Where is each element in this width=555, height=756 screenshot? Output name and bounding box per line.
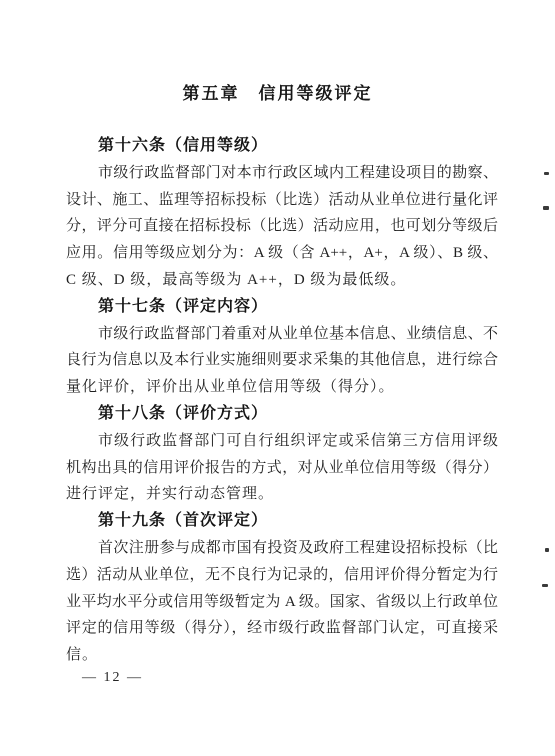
text-line: 机构出具的信用评价报告的方式，对从业单位信用等级（得分） <box>66 455 498 482</box>
text-line: 选）活动从业单位，无不良行为记录的，信用评价得分暂定为行 <box>66 562 498 589</box>
text-line: 首次注册参与成都市国有投资及政府工程建设招标投标（比 <box>66 535 498 562</box>
document-body: 第十六条（信用等级） 市级行政监督部门对本市行政区域内工程建设项目的勘察、 设计… <box>66 133 498 669</box>
scan-speck <box>545 548 549 552</box>
scan-speck <box>543 206 549 210</box>
text-line: 业平均水平分或信用等级暂定为 A 级。国家、省级以上行政单位 <box>66 589 498 616</box>
page: 第五章 信用等级评定 第十六条（信用等级） 市级行政监督部门对本市行政区域内工程… <box>0 0 555 756</box>
text-line: 市级行政监督部门可自行组织评定或采信第三方信用评级 <box>66 428 498 455</box>
scan-speck <box>542 584 548 587</box>
text-line: C 级、D 级，最高等级为 A++，D 级为最低级。 <box>66 267 498 294</box>
text-line: 进行评定，并实行动态管理。 <box>66 481 498 508</box>
text-line: 设计、施工、监理等招标投标（比选）活动从业单位进行量化评 <box>66 187 498 214</box>
chapter-title: 第五章 信用等级评定 <box>0 82 555 106</box>
article-heading: 第十九条（首次评定） <box>66 508 498 535</box>
text-line: 评定的信用等级（得分），经市级行政监督部门认定，可直接采 <box>66 615 498 642</box>
scan-speck <box>544 172 549 175</box>
article-heading: 第十八条（评价方式） <box>66 401 498 428</box>
text-line: 应用。信用等级应划分为：A 级（含 A++，A+，A 级）、B 级、 <box>66 240 498 267</box>
text-line: 市级行政监督部门对本市行政区域内工程建设项目的勘察、 <box>66 160 498 187</box>
page-number: — 12 — <box>82 670 143 686</box>
text-line: 良行为信息以及本行业实施细则要求采集的其他信息，进行综合 <box>66 347 498 374</box>
article-heading: 第十六条（信用等级） <box>66 133 498 160</box>
text-line: 信。 <box>66 642 498 669</box>
article-heading: 第十七条（评定内容） <box>66 294 498 321</box>
text-line: 分，评分可直接在招标投标（比选）活动应用，也可划分等级后 <box>66 213 498 240</box>
text-line: 量化评价，评价出从业单位信用等级（得分）。 <box>66 374 498 401</box>
text-line: 市级行政监督部门着重对从业单位基本信息、业绩信息、不 <box>66 321 498 348</box>
